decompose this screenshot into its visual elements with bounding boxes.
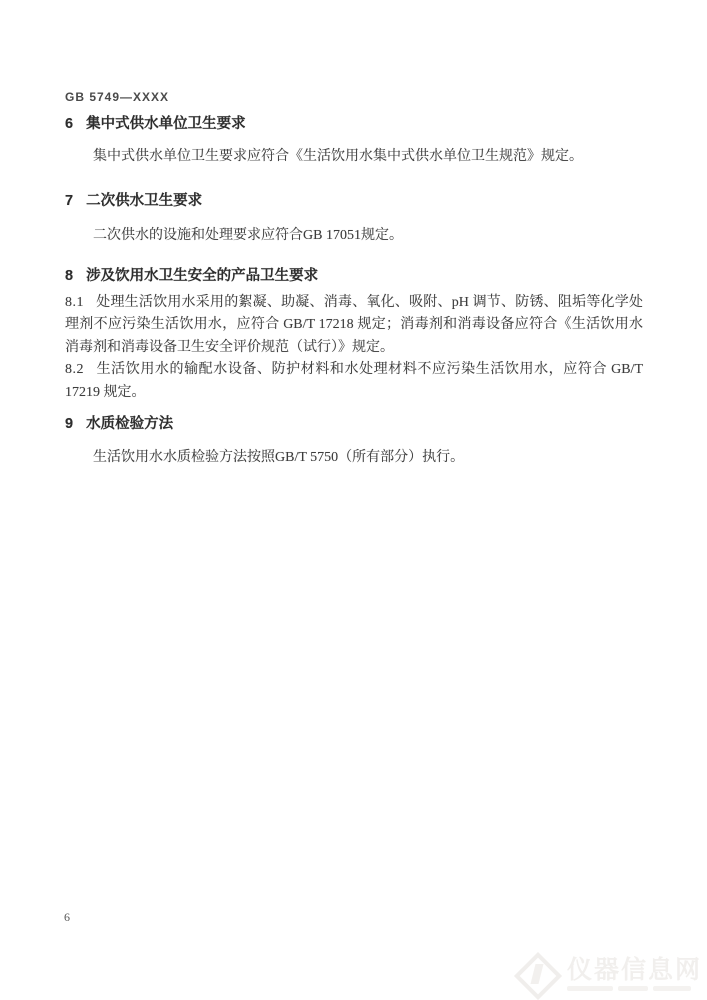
watermark-subtext-line [567,986,691,991]
section-6-heading: 6集中式供水单位卫生要求 [65,112,246,133]
section-7-heading: 7二次供水卫生要求 [65,189,202,210]
section-7-paragraph: 二次供水的设施和处理要求应符合GB 17051规定。 [65,225,643,247]
section-title: 二次供水卫生要求 [86,193,202,209]
diamond-logo-icon [514,952,558,996]
clause-text: 处理生活饮用水采用的絮凝、助凝、消毒、氧化、吸附、pH 调节、防锈、阻垢等化学处… [65,295,643,355]
section-title: 水质检验方法 [86,416,173,432]
clause-number: 8.1 [65,292,84,314]
clause-text: 生活饮用水的输配水设备、防护材料和水处理材料不应污染生活饮用水，应符合 GB/T… [65,362,643,399]
section-number: 8 [65,268,73,284]
section-title: 集中式供水单位卫生要求 [86,116,246,132]
clause-number: 8.2 [65,359,84,381]
watermark-brand-text: 仪器信息网 [567,957,702,985]
watermark: 仪器信息网 [514,952,702,996]
section-6-paragraph: 集中式供水单位卫生要求应符合《生活饮用水集中式供水单位卫生规范》规定。 [65,146,643,168]
section-8-clauses: 8.1处理生活饮用水采用的絮凝、助凝、消毒、氧化、吸附、pH 调节、防锈、阻垢等… [65,292,643,404]
section-number: 6 [65,116,73,132]
section-number: 9 [65,416,73,432]
standard-number-header: GB 5749—XXXX [65,90,169,104]
section-9-heading: 9水质检验方法 [65,412,173,433]
section-title: 涉及饮用水卫生安全的产品卫生要求 [86,268,318,284]
document-page: GB 5749—XXXX 6集中式供水单位卫生要求 集中式供水单位卫生要求应符合… [0,0,707,1000]
section-number: 7 [65,193,73,209]
clause-8-2: 8.2生活饮用水的输配水设备、防护材料和水处理材料不应污染生活饮用水，应符合 G… [65,359,643,404]
page-number: 6 [64,910,70,925]
section-9-paragraph: 生活饮用水水质检验方法按照GB/T 5750（所有部分）执行。 [65,447,643,469]
clause-8-1: 8.1处理生活饮用水采用的絮凝、助凝、消毒、氧化、吸附、pH 调节、防锈、阻垢等… [65,292,643,359]
section-8-heading: 8涉及饮用水卫生安全的产品卫生要求 [65,264,318,285]
